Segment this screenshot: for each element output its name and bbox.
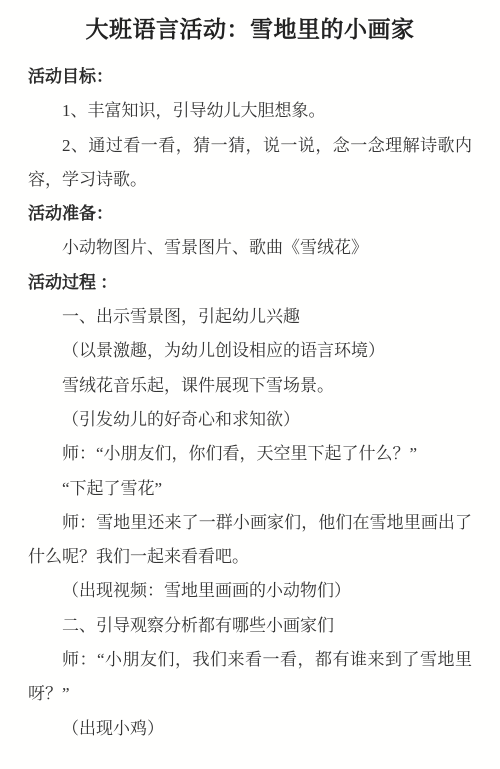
paragraph: “下起了雪花” xyxy=(28,472,472,506)
document-page: 大班语言活动：雪地里的小画家 活动目标： 1、丰富知识，引导幼儿大胆想象。 2、… xyxy=(0,0,500,769)
paragraph: （出现视频：雪地里画画的小动物们） xyxy=(28,574,472,608)
paragraph: 雪绒花音乐起，课件展现下雪场景。 xyxy=(28,369,472,403)
section-heading-goals: 活动目标： xyxy=(28,60,472,94)
paragraph: 2、通过看一看，猜一猜，说一说，念一念理解诗歌内容，学习诗歌。 xyxy=(28,129,472,198)
document-title: 大班语言活动：雪地里的小画家 xyxy=(28,14,472,46)
paragraph: 师：“小朋友们，你们看，天空里下起了什么？” xyxy=(28,437,472,471)
paragraph: 师：雪地里还来了一群小画家们，他们在雪地里画出了什么呢？我们一起来看看吧。 xyxy=(28,506,472,575)
paragraph: （以景激趣，为幼儿创设相应的语言环境） xyxy=(28,334,472,368)
document-body: 活动目标： 1、丰富知识，引导幼儿大胆想象。 2、通过看一看，猜一猜，说一说，念… xyxy=(28,60,472,746)
paragraph: 一、出示雪景图，引起幼儿兴趣 xyxy=(28,300,472,334)
section-heading-preparation: 活动准备： xyxy=(28,197,472,231)
section-heading-process: 活动过程 ： xyxy=(28,266,472,300)
paragraph: 二、引导观察分析都有哪些小画家们 xyxy=(28,609,472,643)
paragraph: 1、丰富知识，引导幼儿大胆想象。 xyxy=(28,94,472,128)
paragraph: （出现小鸡） xyxy=(28,712,472,746)
paragraph: （引发幼儿的好奇心和求知欲） xyxy=(28,403,472,437)
paragraph: 师：“小朋友们，我们来看一看，都有谁来到了雪地里呀？” xyxy=(28,643,472,712)
paragraph: 小动物图片、雪景图片、歌曲《雪绒花》 xyxy=(28,231,472,265)
